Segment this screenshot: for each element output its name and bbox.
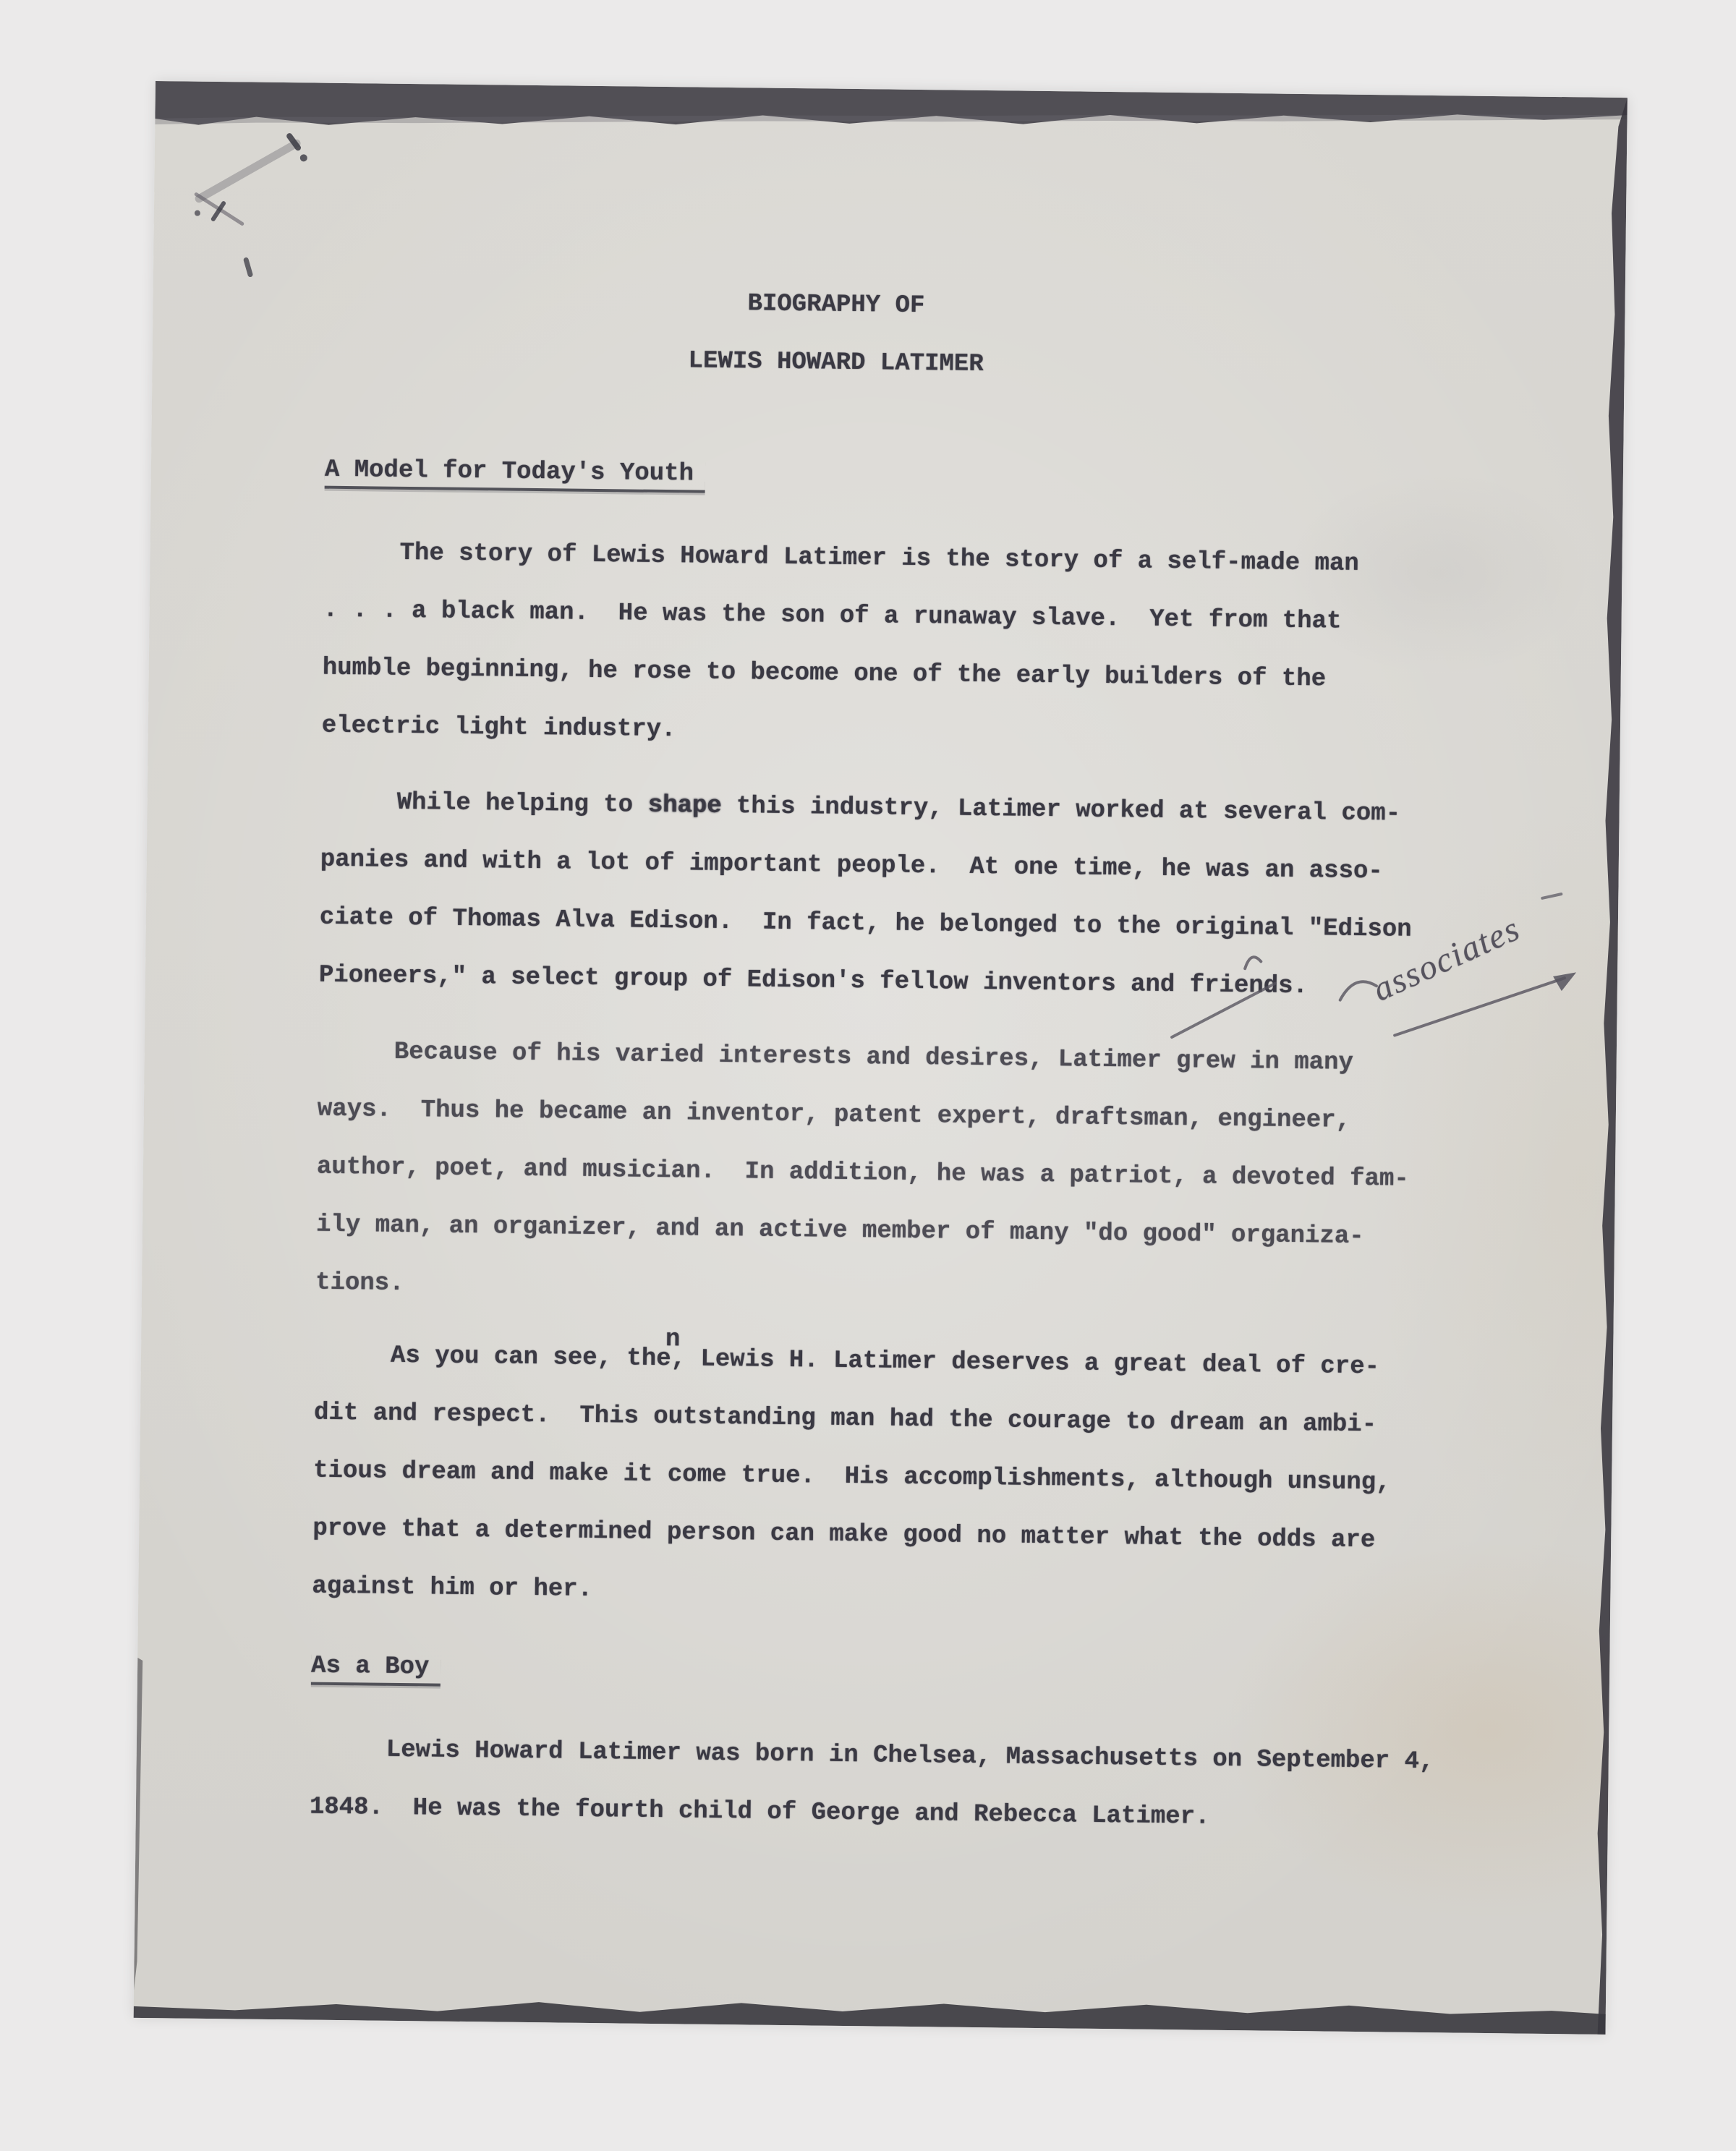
- scanned-page: BIOGRAPHY OF LEWIS HOWARD LATIMER A Mode…: [134, 81, 1627, 2035]
- scan-artifacts-overlay: [134, 81, 1627, 2035]
- torn-top-edge: [155, 81, 1627, 141]
- left-edge-sliver: [134, 1658, 142, 1990]
- pencil-scribble: [194, 135, 307, 276]
- torn-bottom-edge: [134, 1992, 1606, 2035]
- dash-above-annotation: [1542, 894, 1561, 898]
- torn-right-edge: [1590, 98, 1627, 2035]
- strike-through-friends: [1172, 982, 1275, 1039]
- squiggle-before-annotation: [1340, 981, 1377, 1000]
- annotation-arrow-head: [1553, 972, 1576, 991]
- scan-background: { "page": { "background_color": "#ebeaea…: [0, 0, 1736, 2151]
- annotation-arrow-line: [1395, 976, 1565, 1038]
- caret-mark: [1245, 957, 1261, 968]
- pencil-edit-marks: [1172, 890, 1577, 1042]
